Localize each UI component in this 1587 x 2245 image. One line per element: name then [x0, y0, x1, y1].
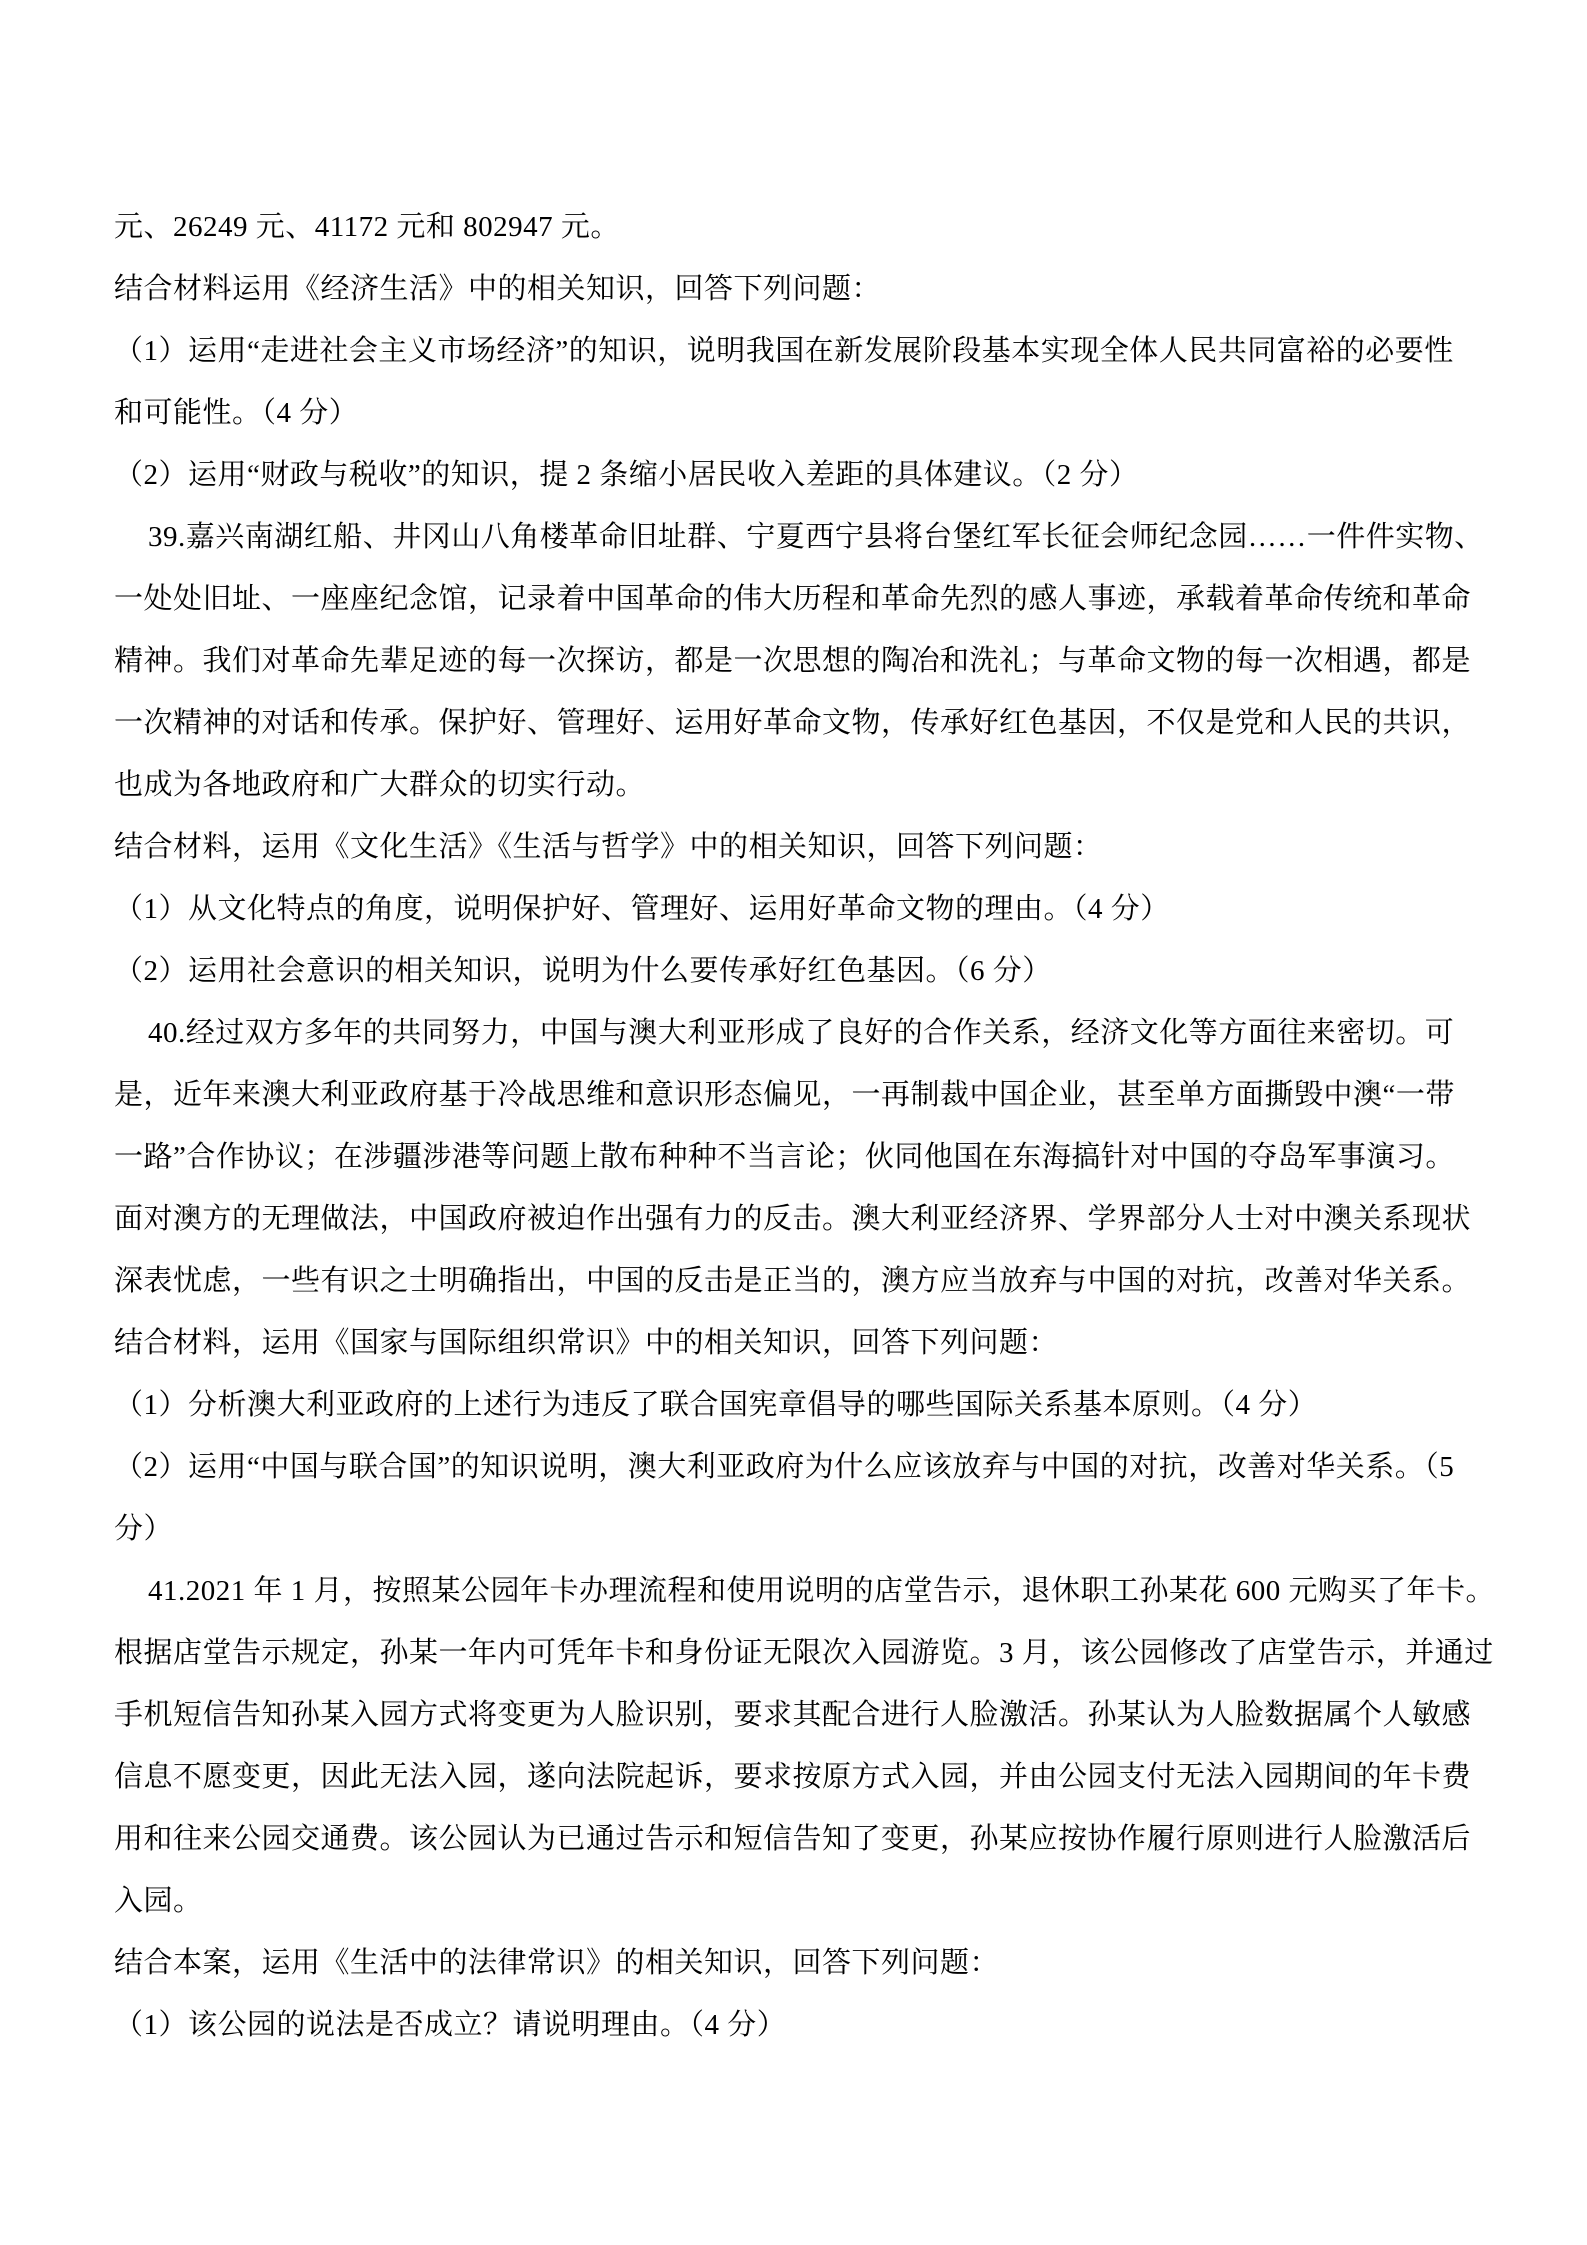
text-line: 用和往来公园交通费。该公园认为已通过告示和短信告知了变更，孙某应按协作履行原则进… [114, 1808, 1497, 1870]
text-line: 结合材料，运用《文化生活》《生活与哲学》中的相关知识，回答下列问题： [114, 816, 1497, 878]
text-line: 结合材料运用《经济生活》中的相关知识，回答下列问题： [114, 258, 1497, 320]
text-line: 40.经过双方多年的共同努力，中国与澳大利亚形成了良好的合作关系，经济文化等方面… [114, 1002, 1497, 1064]
text-line: 和可能性。（4 分） [114, 382, 1497, 444]
text-line: （1）分析澳大利亚政府的上述行为违反了联合国宪章倡导的哪些国际关系基本原则。（4… [114, 1374, 1497, 1436]
text-line: 深表忧虑，一些有识之士明确指出，中国的反击是正当的，澳方应当放弃与中国的对抗，改… [114, 1250, 1497, 1312]
text-line: 也成为各地政府和广大群众的切实行动。 [114, 754, 1497, 816]
text-line: 41.2021 年 1 月，按照某公园年卡办理流程和使用说明的店堂告示，退休职工… [114, 1560, 1497, 1622]
text-line: （1）该公园的说法是否成立？请说明理由。（4 分） [114, 1994, 1497, 2056]
text-line: （2）运用“中国与联合国”的知识说明，澳大利亚政府为什么应该放弃与中国的对抗，改… [114, 1436, 1497, 1498]
text-line: （2）运用社会意识的相关知识，说明为什么要传承好红色基因。（6 分） [114, 940, 1497, 1002]
text-line: 分） [114, 1498, 1497, 1560]
text-line: 入园。 [114, 1870, 1497, 1932]
text-line: 一路”合作协议；在涉疆涉港等问题上散布种种不当言论；伙同他国在东海搞针对中国的夺… [114, 1126, 1497, 1188]
text-line: 一次精神的对话和传承。保护好、管理好、运用好革命文物，传承好红色基因，不仅是党和… [114, 692, 1497, 754]
text-line: 元、26249 元、41172 元和 802947 元。 [114, 196, 1497, 258]
text-line: 一处处旧址、一座座纪念馆，记录着中国革命的伟大历程和革命先烈的感人事迹，承载着革… [114, 568, 1497, 630]
document-text: 元、26249 元、41172 元和 802947 元。结合材料运用《经济生活》… [114, 196, 1497, 2056]
text-line: （2）运用“财政与税收”的知识，提 2 条缩小居民收入差距的具体建议。（2 分） [114, 444, 1497, 506]
text-line: （1）运用“走进社会主义市场经济”的知识，说明我国在新发展阶段基本实现全体人民共… [114, 320, 1497, 382]
text-line: 是，近年来澳大利亚政府基于冷战思维和意识形态偏见，一再制裁中国企业，甚至单方面撕… [114, 1064, 1497, 1126]
exam-paper-page: 元、26249 元、41172 元和 802947 元。结合材料运用《经济生活》… [0, 0, 1587, 2245]
text-line: 精神。我们对革命先辈足迹的每一次探访，都是一次思想的陶冶和洗礼；与革命文物的每一… [114, 630, 1497, 692]
text-line: 手机短信告知孙某入园方式将变更为人脸识别，要求其配合进行人脸激活。孙某认为人脸数… [114, 1684, 1497, 1746]
text-line: （1）从文化特点的角度，说明保护好、管理好、运用好革命文物的理由。（4 分） [114, 878, 1497, 940]
text-line: 面对澳方的无理做法，中国政府被迫作出强有力的反击。澳大利亚经济界、学界部分人士对… [114, 1188, 1497, 1250]
text-line: 结合本案，运用《生活中的法律常识》的相关知识，回答下列问题： [114, 1932, 1497, 1994]
text-line: 39.嘉兴南湖红船、井冈山八角楼革命旧址群、宁夏西宁县将台堡红军长征会师纪念园…… [114, 506, 1497, 568]
text-line: 信息不愿变更，因此无法入园，遂向法院起诉，要求按原方式入园，并由公园支付无法入园… [114, 1746, 1497, 1808]
text-line: 结合材料，运用《国家与国际组织常识》中的相关知识，回答下列问题： [114, 1312, 1497, 1374]
text-line: 根据店堂告示规定，孙某一年内可凭年卡和身份证无限次入园游览。3 月，该公园修改了… [114, 1622, 1497, 1684]
